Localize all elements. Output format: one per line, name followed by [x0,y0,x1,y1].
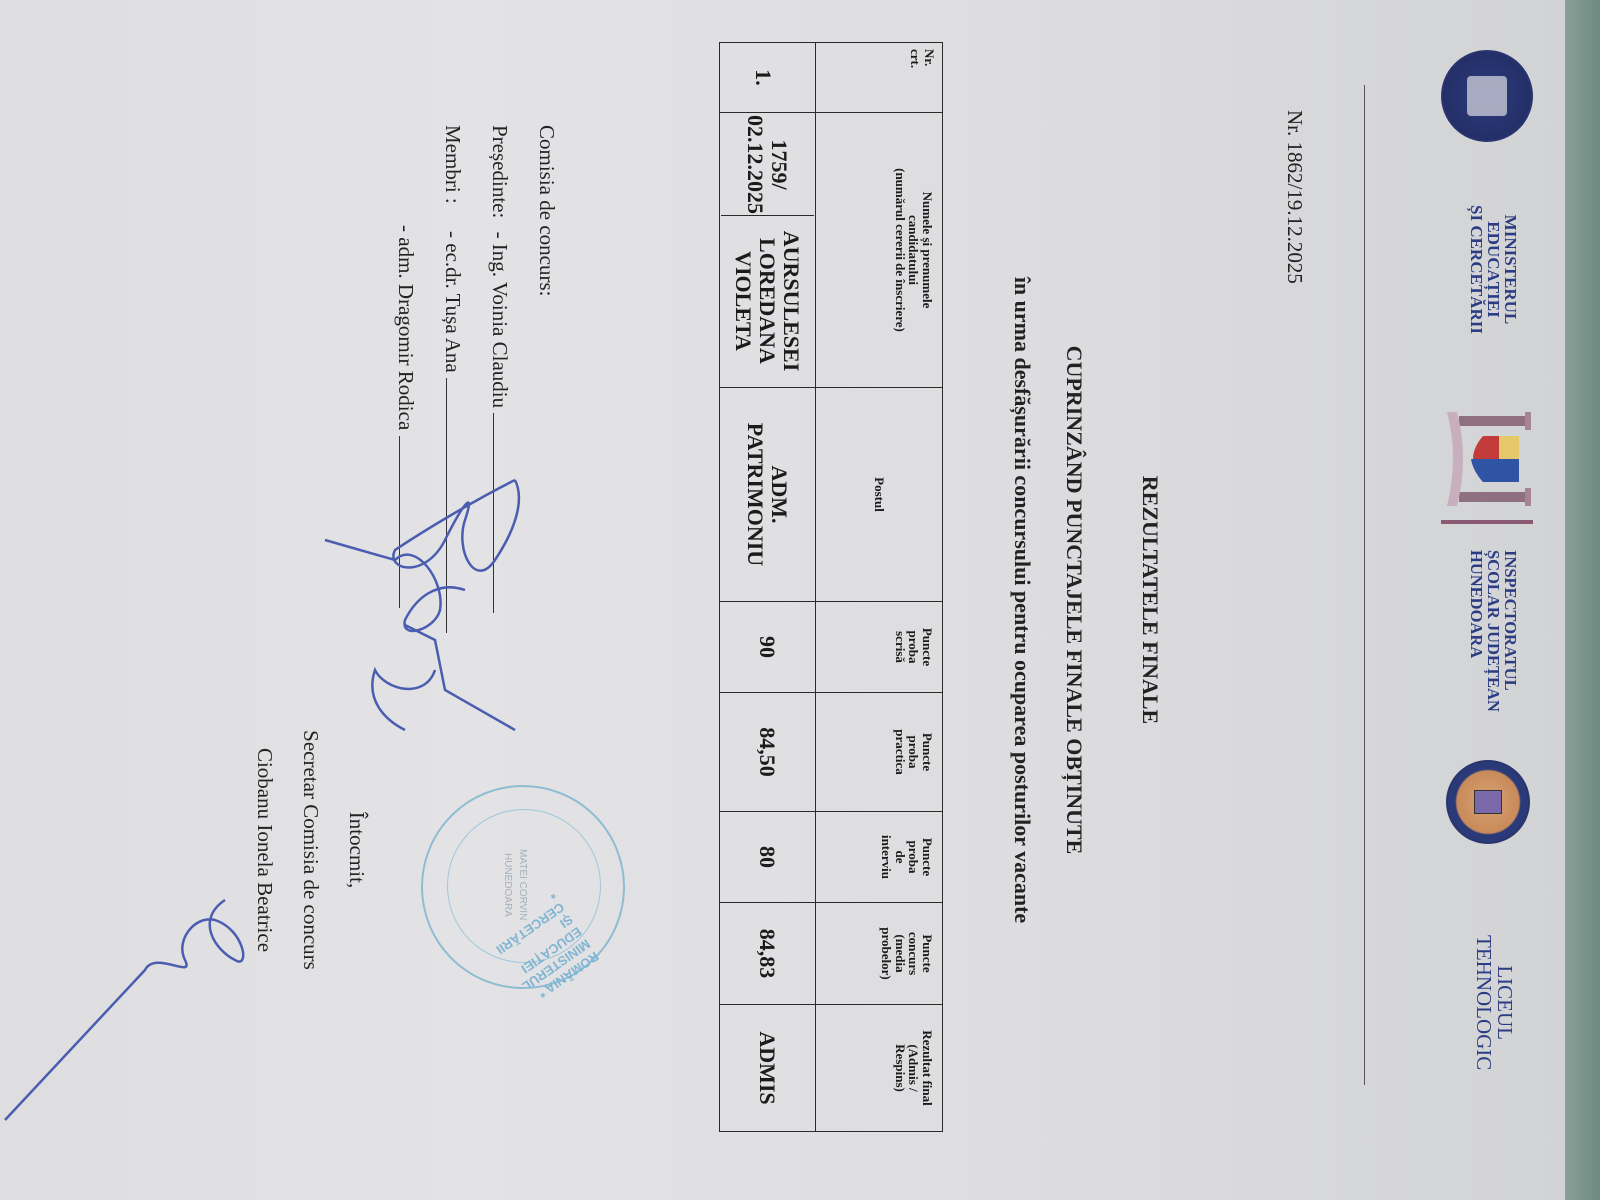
commission-heading: Comisia de concurs: [523,125,570,633]
official-stamp: ROMÂNIA * MINISTERUL EDUCAȚIEI ȘI CERCET… [421,785,625,989]
government-seal-icon [1441,50,1533,142]
inspectorate-columns-crest-icon [1439,398,1539,528]
header-nr: Nr. crt. [816,43,943,113]
member-2-signature-line [399,436,400,608]
cell-request-number: 1759/ 02.12.2025 [721,114,814,216]
school-name: LICEUL TEHNOLOGIC [1473,935,1515,1070]
commission-president: Președinte: - Ing. Voinia Claudiu [476,125,523,633]
member-1-signature-line [446,378,447,633]
document-title: REZULTATELE FINALE [1137,0,1163,1200]
letterhead-divider [1364,85,1365,1085]
school-round-emblem-icon [1446,760,1530,844]
table-row: 1. 1759/ 02.12.2025 AURSULESEI LOREDANA … [720,43,816,1132]
cell-interview-score: 80 [720,812,816,903]
registration-number: Nr. 1862/19.12.2025 [1282,110,1307,284]
desk-background [1560,0,1600,1200]
header-practical: Puncte proba practica [816,693,943,812]
president-signature-line [493,413,494,613]
secretary-name: Ciobanu Ionela Beatrice [242,640,288,1060]
cell-candidate: 1759/ 02.12.2025 AURSULESEI LOREDANA VIO… [720,113,816,388]
prepared-label: Întocmit, [334,640,380,1060]
document-page: MINISTERUL EDUCAȚIEI ȘI CERCETĂRII INSPE… [0,0,1565,1200]
header-result: Rezultat final (Admis / Respins) [816,1005,943,1132]
results-table: Nr. crt. Numele și prenumele candidatulu… [719,42,943,1132]
candidate-subtable: 1759/ 02.12.2025 AURSULESEI LOREDANA VIO… [721,114,814,386]
inspectorate-name: INSPECTORATUL ȘCOLAR JUDEȚEAN HUNEDOARA [1468,550,1519,712]
header-written: Puncte proba scrisă [816,602,943,693]
header-position: Postul [816,388,943,602]
commission-member-1: Membri : - ec.dr. Tușa Ana [429,125,476,633]
commission-block: Comisia de concurs: Președinte: - Ing. V… [382,125,570,633]
secretary-signature [0,890,255,1150]
document-subtitle: CUPRINZÂND PUNCTAJELE FINALE OBȚINUTE [1061,0,1087,1200]
document-subtitle-2: în urma desfășurării concursului pentru … [1009,0,1035,1200]
secretary-role: Secretar Comisia de concurs [288,640,334,1060]
cell-average-score: 84,83 [720,903,816,1005]
commission-member-2: - adm. Dragomir Rodica [382,125,429,633]
ministry-name: MINISTERUL EDUCAȚIEI ȘI CERCETĂRII [1468,205,1519,334]
cell-written-score: 90 [720,602,816,693]
cell-position: ADM. PATRIMONIU [720,388,816,602]
cell-candidate-name: AURSULESEI LOREDANA VIOLETA [721,216,814,387]
cell-final-result: ADMIS [720,1005,816,1132]
header-average: Puncte concurs (media probelor) [816,903,943,1005]
header-candidate: Numele și prenumele candidatului (număru… [816,113,943,388]
cell-nr: 1. [720,43,816,113]
header-interview: Puncte proba de interviu [816,812,943,903]
letterhead: MINISTERUL EDUCAȚIEI ȘI CERCETĂRII INSPE… [1435,0,1545,1200]
table-header-row: Nr. crt. Numele și prenumele candidatulu… [816,43,943,1132]
cell-practical-score: 84,50 [720,693,816,812]
prepared-by-block: Întocmit, Secretar Comisia de concurs Ci… [242,640,380,1060]
